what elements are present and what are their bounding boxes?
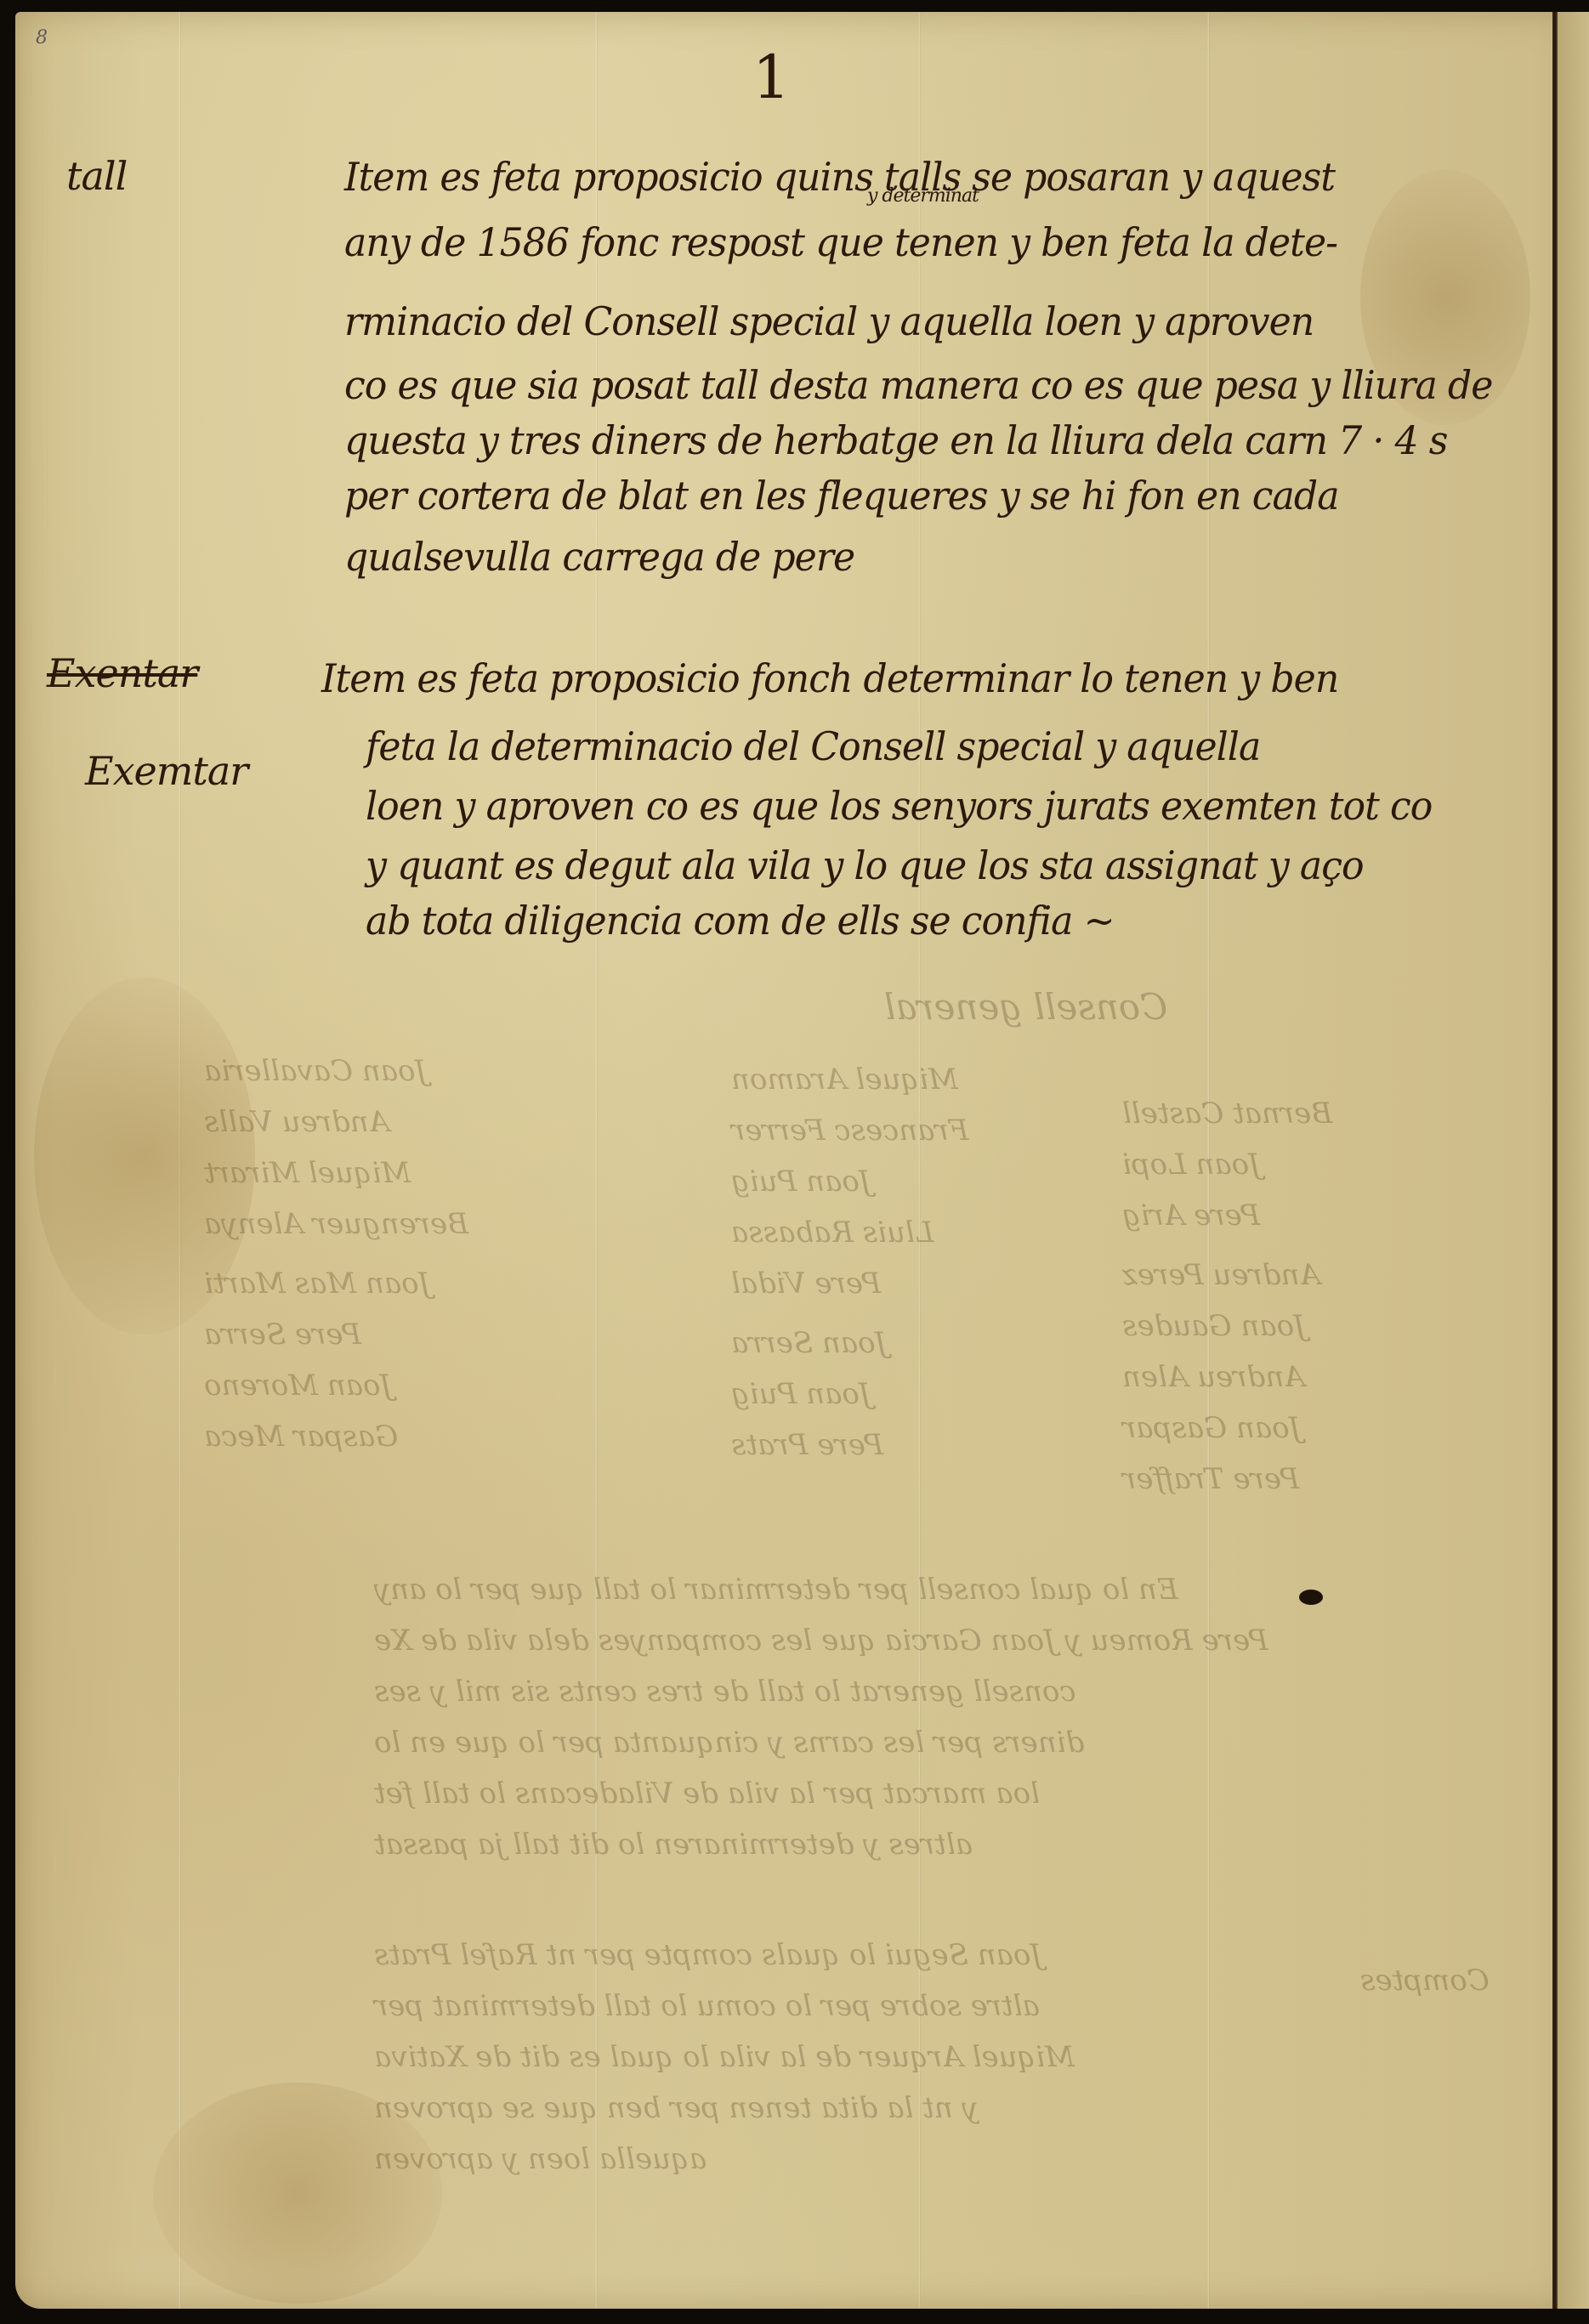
entry-line: loen y aproven co es que los senyors jur… <box>366 786 1432 825</box>
entry-line: Item es feta proposicio fonch determinar… <box>321 659 1338 698</box>
bleed-text: Miquel Mirart <box>204 1156 411 1190</box>
bleed-text: Joan Lopi <box>1122 1148 1261 1182</box>
folio-mark: 8 <box>36 27 47 48</box>
ink-blot <box>1299 1590 1323 1605</box>
bleed-text: Pere Serra <box>204 1318 361 1352</box>
bleed-text: diners per les carns y cinquanta per lo … <box>374 1726 1084 1760</box>
bleed-text: altres y determinaren lo dit tall ja pas… <box>374 1828 973 1862</box>
bleed-text: altre sobre per lo comu lo tall determin… <box>374 1989 1040 2023</box>
bleed-text: Miquel Arquer de la vila lo qual es dit … <box>374 2040 1075 2074</box>
margin-note-exemtar: Exemtar <box>85 748 247 794</box>
entry-line: per cortera de blat en les flequeres y s… <box>344 476 1339 515</box>
bleed-text: Joan Puig <box>731 1377 871 1411</box>
bleed-text: Joan Mas Marti <box>204 1267 430 1301</box>
bleed-text: Joan Cavalleria <box>204 1054 427 1088</box>
bleed-text: loa marcat per la vila de Viladecans lo … <box>374 1777 1040 1811</box>
entry-line: rminacio del Consell special y aquella l… <box>344 302 1314 341</box>
bleed-text: Andreu Valls <box>204 1105 389 1139</box>
entry-line: y quant es degut ala vila y lo que los s… <box>366 846 1364 885</box>
bleed-text: Joan Serra <box>731 1326 887 1360</box>
entry-line: Item es feta proposicio quins talls se p… <box>344 157 1335 196</box>
margin-note-tall: tall <box>66 153 127 199</box>
bleed-text: En lo qual consell per determinar lo tal… <box>374 1573 1178 1607</box>
entry-line: qualsevulla carrega de pere <box>344 537 854 576</box>
manuscript-scan: Consell general Bernat Castell Joan Lopi… <box>0 0 1589 2324</box>
entry-line: feta la determinacio del Consell special… <box>366 727 1260 766</box>
bleed-text: Pere Vidal <box>731 1267 881 1301</box>
bleed-text: Pere Romeu y Joan Garcia que les company… <box>374 1624 1268 1658</box>
page-number: 1 <box>752 43 790 112</box>
bleed-text: consell generat lo tall de tres cents si… <box>374 1675 1075 1709</box>
entry-line: co es que sia posat tall desta manera co… <box>344 366 1492 405</box>
bleed-text: Berenguer Alenya <box>204 1207 468 1241</box>
bleed-text: Gaspar Meca <box>204 1420 398 1454</box>
bleed-text: Joan Moreno <box>204 1369 392 1403</box>
bleed-text: aquella loen y aproven <box>374 2142 707 2176</box>
bleed-text: Joan Gaspar <box>1122 1411 1301 1445</box>
entry-line: any de 1586 fonc respost que tenen y ben… <box>344 223 1337 262</box>
entry-line: questa y tres diners de herbatge en la l… <box>344 421 1447 460</box>
margin-note-struck: Exentar <box>47 650 197 696</box>
adjacent-leaf-edge <box>1558 12 1589 2309</box>
bleed-text: Lluis Rabassa <box>731 1216 934 1250</box>
bleed-text: Joan Puig <box>731 1165 871 1199</box>
bleed-text: Andreu Alen <box>1122 1360 1305 1394</box>
bleed-heading: Consell general <box>884 986 1167 1028</box>
bleed-text: Comptes <box>1360 1964 1490 1998</box>
bleed-text: Andreu Perez <box>1122 1258 1320 1292</box>
bleed-text: Miquel Aramon <box>731 1063 958 1097</box>
bleed-text: Pere Arig <box>1122 1199 1260 1233</box>
bleed-text: Joan Segui lo quals compte per nt Rafel … <box>374 1938 1042 1972</box>
bleed-text: Pere Prats <box>731 1428 883 1462</box>
bleed-text: Joan Gaudes <box>1122 1309 1306 1343</box>
bleed-text: Francesc Ferrer <box>731 1114 968 1148</box>
bleed-text: Bernat Castell <box>1122 1097 1332 1131</box>
entry-line: ab tota diligencia com de ells se confia… <box>366 901 1115 940</box>
bleed-text: Pere Traffer <box>1122 1462 1299 1496</box>
bleed-text: y nt la dita tenen per ben que se aprove… <box>374 2091 979 2125</box>
